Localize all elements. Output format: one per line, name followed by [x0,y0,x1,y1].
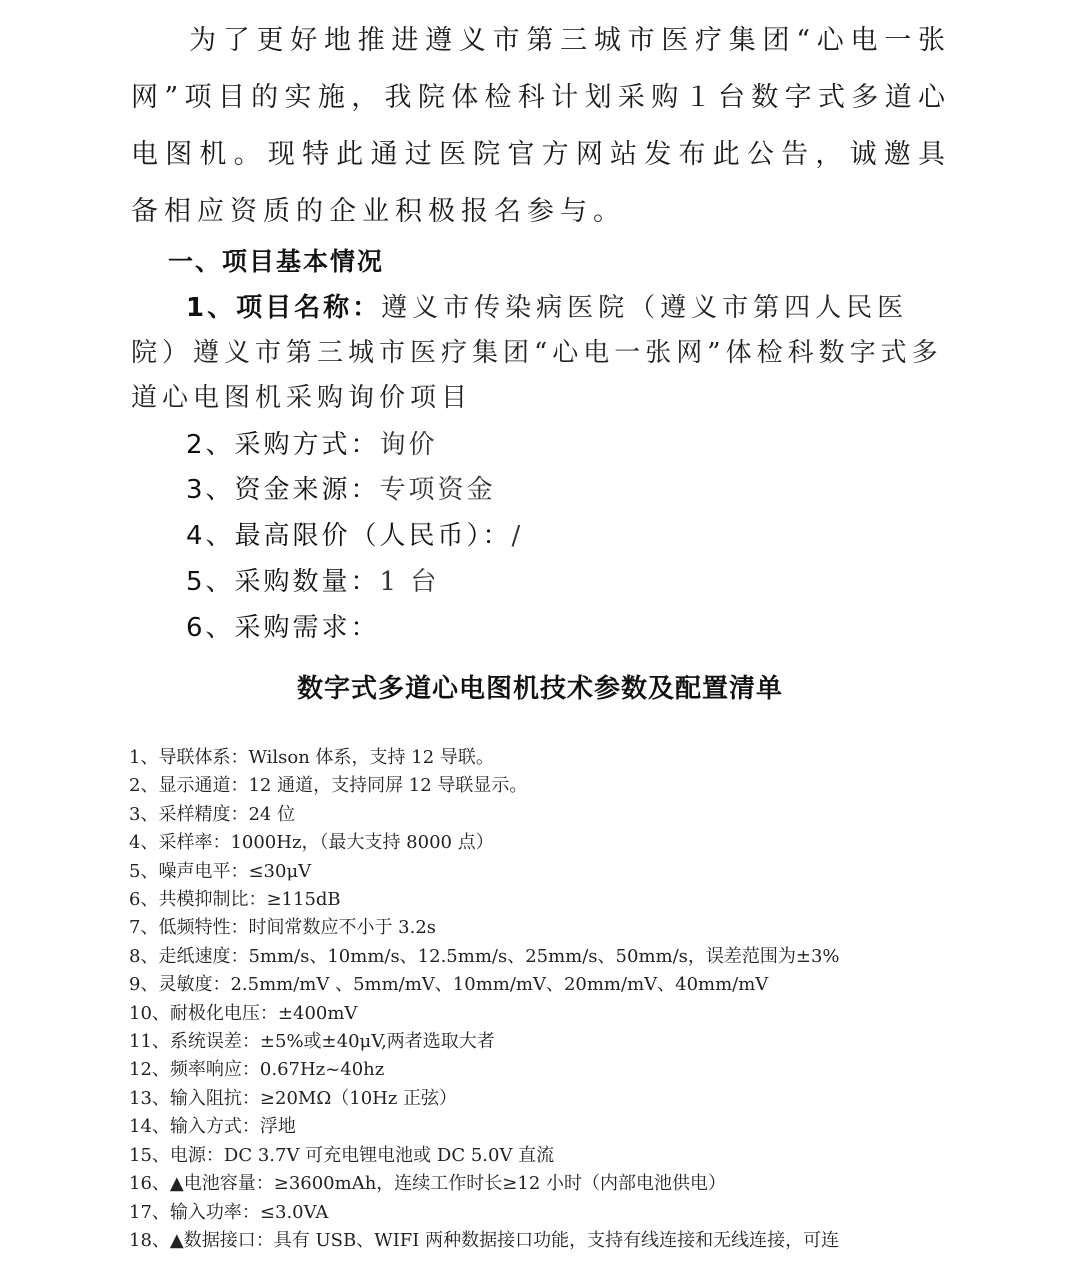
spec-item: 7、低频特性：时间常数应不小于 3.2s [129,914,969,942]
spec-item: 6、共模抑制比：≥115dB [129,886,969,914]
spec-item: 18、▲数据接口：具有 USB、WIFI 两种数据接口功能，支持有线连接和无线连… [129,1227,969,1255]
spec-item: 8、走纸速度：5mm/s、10mm/s、12.5mm/s、25mm/s、50mm… [129,943,969,971]
project-name-item: 1、项目名称：遵义市传染病医院（遵义市第四人民医院）遵义市第三城市医疗集团“心电… [131,286,951,421]
spec-item: 17、输入功率：≤3.0VA [129,1199,969,1227]
funding-source-label: 3、资金来源： [186,475,380,505]
funding-source-item: 3、资金来源：专项资金 [186,468,1006,513]
spec-item: 1、导联体系：Wilson 体系，支持 12 导联。 [129,744,969,772]
spec-item: 13、输入阻抗：≥20MΩ（10Hz 正弦） [129,1085,969,1113]
spec-item: 11、系统误差：±5%或±40μV,两者选取大者 [129,1028,969,1056]
spec-item: 3、采样精度：24 位 [129,801,969,829]
quantity-item: 5、采购数量：1 台 [186,560,1006,605]
procurement-method-value: 询价 [380,430,438,460]
spec-item: 4、采样率：1000Hz，（最大支持 8000 点） [129,829,969,857]
spec-item: 16、▲电池容量：≥3600mAh，连续工作时长≥12 小时（内部电池供电） [129,1170,969,1198]
spec-item: 2、显示通道：12 通道，支持同屏 12 导联显示。 [129,772,969,800]
spec-list: 1、导联体系：Wilson 体系，支持 12 导联。 2、显示通道：12 通道，… [129,744,969,1255]
section-heading-basic-info: 一、项目基本情况 [168,242,384,278]
spec-item: 15、电源：DC 3.7V 可充电锂电池或 DC 5.0V 直流 [129,1142,969,1170]
document-page: 为了更好地推进遵义市第三城市医疗集团“心电一张网”项目的实施，我院体检科计划采购… [0,0,1080,1265]
spec-list-title: 数字式多道心电图机技术参数及配置清单 [0,668,1080,705]
spec-item: 9、灵敏度：2.5mm/mV 、5mm/mV、10mm/mV、20mm/mV、4… [129,971,969,999]
max-price-item: 4、最高限价（人民币）：/ [186,514,1006,559]
spec-item: 14、输入方式：浮地 [129,1113,969,1141]
procurement-method-label: 2、采购方式： [186,430,380,460]
quantity-value: 1 台 [380,567,440,597]
max-price-label: 4、最高限价（人民币）： [186,521,512,551]
spec-item: 10、耐极化电压：±400mV [129,1000,969,1028]
project-name-label: 1、项目名称： [186,293,381,323]
requirements-item: 6、采购需求： [186,606,1006,651]
max-price-value: / [512,521,524,551]
procurement-method-item: 2、采购方式：询价 [186,423,1006,468]
spec-item: 5、噪声电平：≤30μV [129,858,969,886]
funding-source-value: 专项资金 [380,475,496,505]
spec-item: 12、频率响应：0.67Hz~40hz [129,1056,969,1084]
intro-paragraph: 为了更好地推进遵义市第三城市医疗集团“心电一张网”项目的实施，我院体检科计划采购… [131,12,951,240]
quantity-label: 5、采购数量： [186,567,380,597]
requirements-label: 6、采购需求： [186,613,380,643]
